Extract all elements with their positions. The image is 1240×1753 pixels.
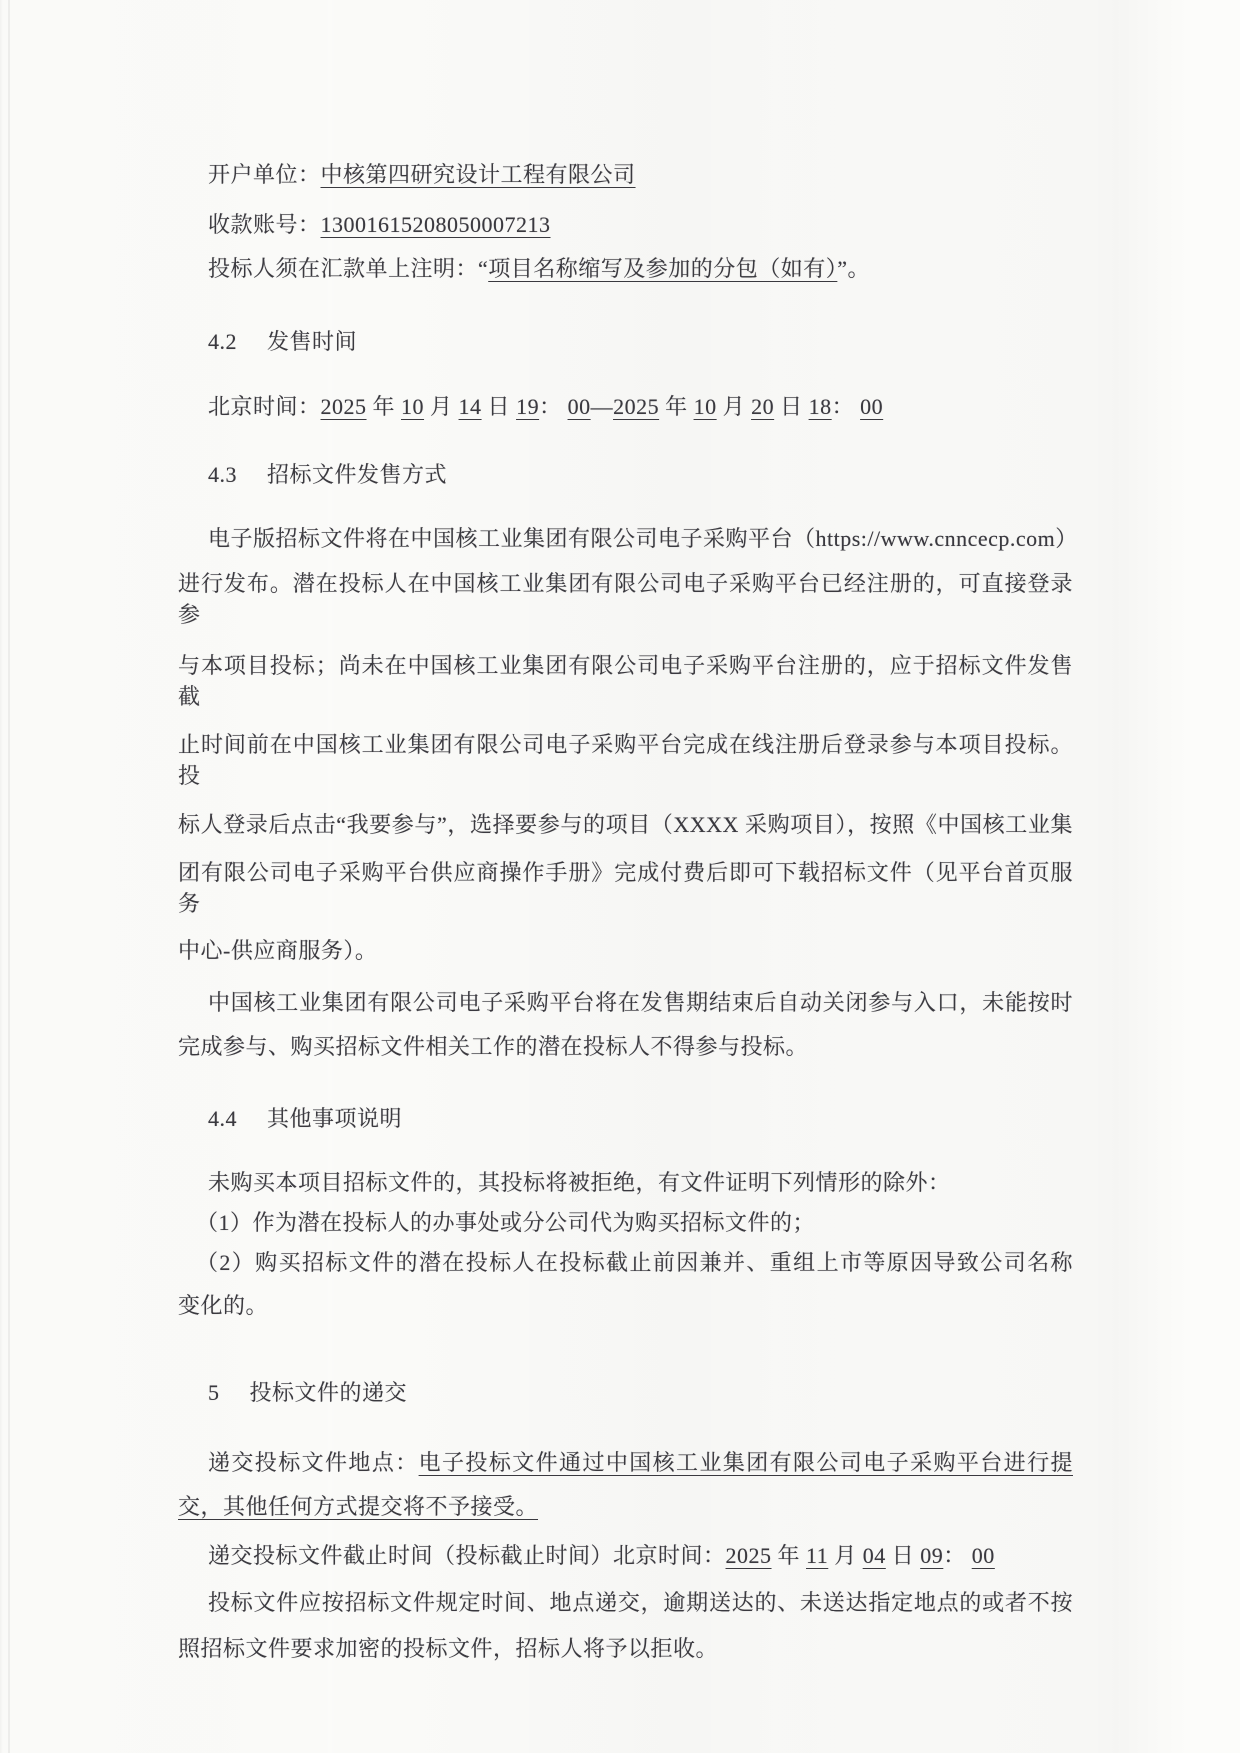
submit-location-value-2: 交，其他任何方式提交将不予接受。 [178,1494,538,1519]
issue-paragraph-line-2: 进行发布。潜在投标人在中国核工业集团有限公司电子采购平台已经注册的，可直接登录参 [178,568,1073,630]
deadline-sep: 日 [886,1543,921,1568]
close-paragraph-line-1: 中国核工业集团有限公司电子采购平台将在发售期结束后自动关闭参与入口，未能按时 [178,987,1073,1018]
sale-time-dash: — [591,394,614,419]
exception-1-line: （1）作为潜在投标人的办事处或分公司代为购买招标文件的； [178,1207,1073,1238]
bank-name-value: 中核第四研究设计工程有限公司 [321,162,636,187]
issue-paragraph-line-3: 与本项目投标；尚未在中国核工业集团有限公司电子采购平台注册的，应于招标文件发售截 [178,650,1073,712]
heading-5-title: 投标文件的递交 [250,1380,408,1405]
heading-5-number: 5 [208,1380,220,1405]
deadline-year: 2025 [726,1543,772,1568]
submit-note-line-1: 投标文件应按招标文件规定时间、地点递交，逾期送达的、未送达指定地点的或者不按 [178,1587,1073,1618]
sale-time-year-1: 2025 [321,394,367,419]
remit-note-open-quote: “ [478,256,488,281]
issue-paragraph-line-4: 止时间前在中国核工业集团有限公司电子采购平台完成在线注册后登录参与本项目投标。投 [178,729,1073,791]
heading-4-4-title: 其他事项说明 [267,1106,402,1131]
sale-time-colon: ： [832,394,861,419]
sale-time-hour-1: 19 [516,394,539,419]
remit-note-line: 投标人须在汇款单上注明：“项目名称缩写及参加的分包（如有）”。 [178,253,1073,284]
heading-4-2-number: 4.2 [208,329,237,354]
sale-time-sep: 日 [774,394,809,419]
close-paragraph-line-2: 完成参与、购买招标文件相关工作的潜在投标人不得参与投标。 [178,1031,1073,1062]
document-page: 开户单位：中核第四研究设计工程有限公司 收款账号：130016152080500… [0,0,1240,1753]
account-number-label: 收款账号： [208,212,321,237]
deadline-month: 11 [806,1543,828,1568]
sale-time-minute-1: 00 [568,394,591,419]
heading-5: 5投标文件的递交 [178,1377,1073,1408]
sale-time-month-2: 10 [694,394,717,419]
sale-time-year-2: 2025 [613,394,659,419]
heading-4-3-title: 招标文件发售方式 [267,462,447,487]
deadline-sep: 年 [772,1543,807,1568]
sale-time-colon: ： [539,394,568,419]
remit-note-close-quote: ”。 [837,256,870,281]
account-number-line: 收款账号：13001615208050007213 [178,209,1073,240]
remit-note-value: 项目名称缩写及参加的分包（如有） [488,256,837,281]
issue-paragraph-line-5: 标人登录后点击“我要参与”，选择要参与的项目（XXXX 采购项目），按照《中国核… [178,809,1073,840]
account-number-value: 13001615208050007213 [321,212,551,237]
sale-time-sep: 月 [717,394,752,419]
sale-time-day-2: 20 [751,394,774,419]
exception-2-line: （2）购买招标文件的潜在投标人在投标截止前因兼并、重组上市等原因导致公司名称 [178,1247,1073,1278]
bank-name-label: 开户单位： [208,162,321,187]
heading-4-3: 4.3招标文件发售方式 [178,459,1073,490]
exception-2-cont-line: 变化的。 [178,1290,1073,1321]
submit-location-line-1: 递交投标文件地点：电子投标文件通过中国核工业集团有限公司电子采购平台进行提 [178,1447,1073,1478]
submit-note-line-2: 照招标文件要求加密的投标文件，招标人将予以拒收。 [178,1633,1073,1664]
deadline-day: 04 [863,1543,886,1568]
heading-4-4-number: 4.4 [208,1106,237,1131]
issue-paragraph-line-1: 电子版招标文件将在中国核工业集团有限公司电子采购平台（https://www.c… [178,523,1073,554]
deadline-colon: ： [943,1543,972,1568]
sale-time-sep: 年 [367,394,402,419]
submit-location-label: 递交投标文件地点： [208,1450,419,1475]
bank-name-line: 开户单位：中核第四研究设计工程有限公司 [178,159,1073,190]
sale-time-label: 北京时间： [208,394,321,419]
deadline-sep: 月 [828,1543,863,1568]
scan-edge-shadow [8,0,10,1753]
submit-deadline-line: 递交投标文件截止时间（投标截止时间）北京时间：2025 年 11 月 04 日 … [178,1540,1073,1571]
remit-note-label: 投标人须在汇款单上注明： [208,256,478,281]
deadline-minute: 00 [972,1543,995,1568]
heading-4-3-number: 4.3 [208,462,237,487]
heading-4-2-title: 发售时间 [267,329,357,354]
sale-time-hour-2: 18 [809,394,832,419]
submit-location-value-1: 电子投标文件通过中国核工业集团有限公司电子采购平台进行提 [419,1450,1073,1475]
other-note-line: 未购买本项目招标文件的，其投标将被拒绝，有文件证明下列情形的除外： [178,1167,1073,1198]
sale-time-sep: 月 [424,394,459,419]
issue-paragraph-line-6: 团有限公司电子采购平台供应商操作手册》完成付费后即可下载招标文件（见平台首页服务 [178,857,1073,919]
sale-time-day-1: 14 [459,394,482,419]
sale-time-line: 北京时间：2025 年 10 月 14 日 19： 00—2025 年 10 月… [178,391,1073,422]
submit-deadline-label: 递交投标文件截止时间（投标截止时间）北京时间： [208,1543,726,1568]
heading-4-2: 4.2发售时间 [178,326,1073,357]
sale-time-minute-2: 00 [860,394,883,419]
deadline-hour: 09 [920,1543,943,1568]
issue-paragraph-line-7: 中心-供应商服务）。 [178,935,1073,966]
sale-time-month-1: 10 [401,394,424,419]
submit-location-line-2: 交，其他任何方式提交将不予接受。 [178,1491,1073,1522]
sale-time-sep: 日 [482,394,517,419]
sale-time-sep: 年 [659,394,694,419]
heading-4-4: 4.4其他事项说明 [178,1103,1073,1134]
